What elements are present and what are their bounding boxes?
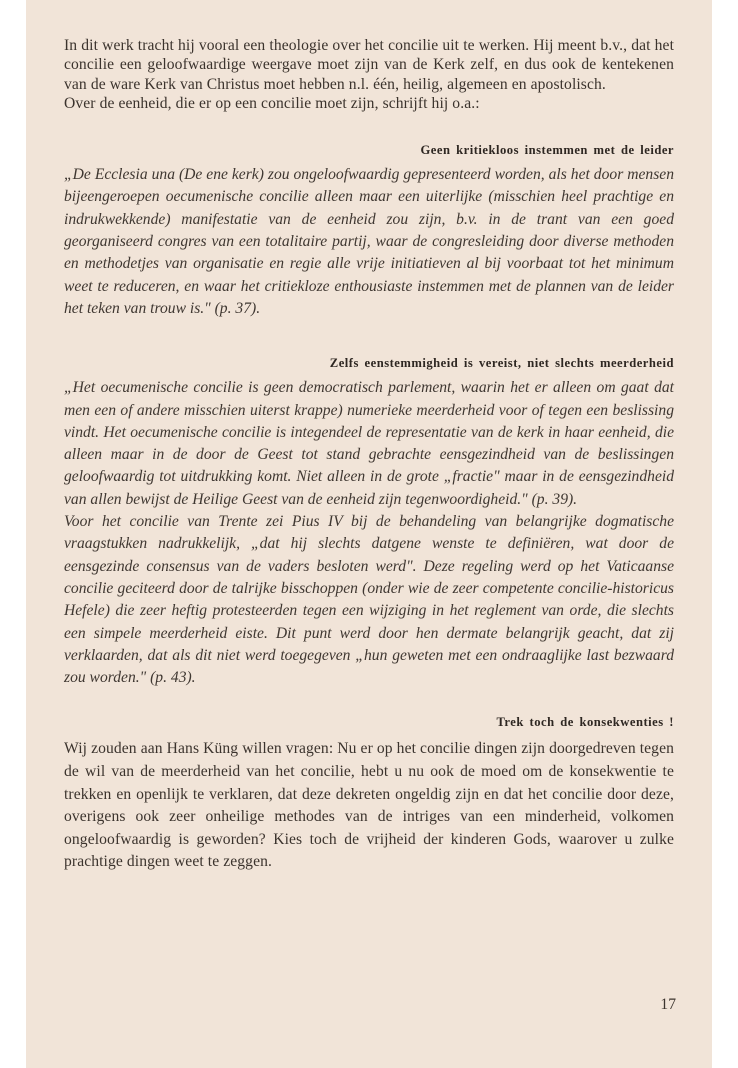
section-heading: Trek toch de konsekwenties ! bbox=[64, 715, 674, 730]
page-number: 17 bbox=[646, 996, 676, 1014]
section-heading: Zelfs eenstemmigheid is vereist, niet sl… bbox=[64, 356, 674, 371]
intro-paragraph: In dit werk tracht hij vooral een theolo… bbox=[64, 36, 674, 94]
page-content: In dit werk tracht hij vooral een theolo… bbox=[64, 36, 674, 874]
quote-paragraph: Voor het concilie van Trente zei Pius IV… bbox=[64, 511, 674, 689]
book-page: In dit werk tracht hij vooral een theolo… bbox=[26, 0, 712, 1068]
quote-paragraph: „De Ecclesia una (De ene kerk) zou ongel… bbox=[64, 164, 674, 320]
body-paragraph: Wij zouden aan Hans Küng willen vragen: … bbox=[64, 738, 674, 874]
intro-paragraph: Over de eenheid, die er op een concilie … bbox=[64, 94, 674, 113]
section-heading: Geen kritiekloos instemmen met de leider bbox=[64, 143, 674, 158]
quote-paragraph: „Het oecumenische concilie is geen democ… bbox=[64, 377, 674, 511]
